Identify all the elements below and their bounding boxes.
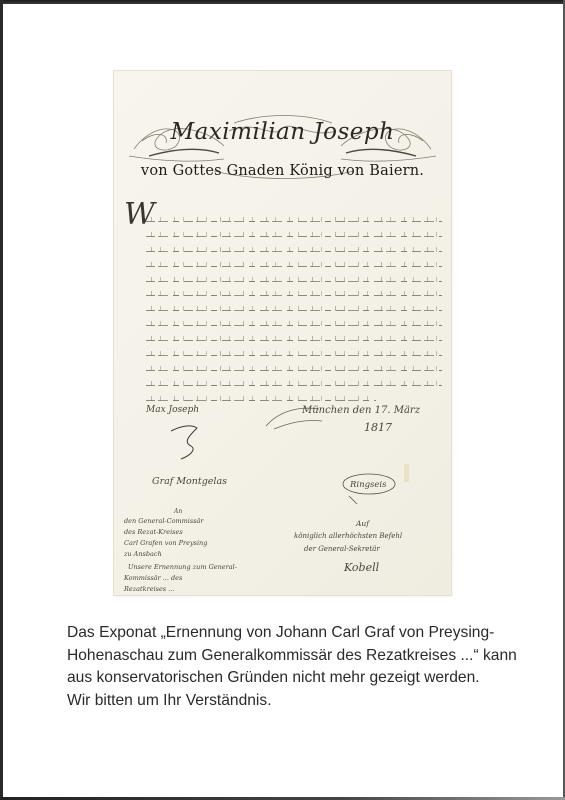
- paper-stain: [404, 464, 409, 482]
- caption-line: Das Exponat „Ernennung von Johann Carl G…: [67, 622, 527, 645]
- handwritten-line: [146, 385, 442, 386]
- address-line: Carl Grafen von Preysing: [124, 539, 207, 547]
- handwritten-line: [146, 251, 442, 252]
- scan-border-left: [0, 0, 3, 800]
- caption-line: Wir bitten um Ihr Verständnis.: [67, 690, 527, 713]
- handwritten-line: [146, 355, 442, 356]
- handwritten-line: [146, 221, 442, 222]
- handwritten-line: [146, 370, 442, 371]
- historical-document-scan: Maximilian Joseph von Gottes Gnaden Köni…: [114, 71, 451, 595]
- address-line: An: [174, 508, 182, 515]
- handwritten-line: [146, 310, 442, 311]
- handwritten-line: [146, 266, 442, 267]
- note-line: königlich allerhöchsten Befehl: [294, 532, 402, 540]
- address-line: zu Ansbach: [124, 550, 162, 558]
- handwritten-line: [146, 281, 442, 282]
- address-line: des Rezat-Kreises: [124, 528, 183, 536]
- caption-line: aus konservatorischen Gründen nicht mehr…: [67, 667, 527, 690]
- handwritten-line: [146, 236, 442, 237]
- note-line: der General-Sekretär: [304, 545, 380, 553]
- address-line: Kommissär ... des: [124, 574, 182, 582]
- royal-signature: Max Joseph: [146, 405, 199, 415]
- handwritten-line: [146, 325, 442, 326]
- address-line: Unsere Ernennung zum General-: [128, 563, 237, 571]
- handwritten-line: [146, 400, 376, 401]
- exhibit-notice-caption: Das Exponat „Ernennung von Johann Carl G…: [67, 622, 527, 712]
- place-date: München den 17. März: [302, 405, 420, 416]
- address-line: Rezatkreises ...: [124, 585, 174, 593]
- handwritten-line: [146, 340, 442, 341]
- handwritten-body: [146, 221, 442, 415]
- countersignature-left: Graf Montgelas: [152, 476, 227, 487]
- handwritten-line: [146, 295, 442, 296]
- countersignature-right: Ringseis: [350, 480, 387, 490]
- date-year: 1817: [364, 421, 392, 434]
- scan-border-top: [0, 0, 565, 4]
- document-title-name: Maximilian Joseph: [114, 119, 451, 145]
- document-title-subtitle: von Gottes Gnaden König von Baiern.: [114, 163, 451, 179]
- secretary-signature: Kobell: [344, 561, 379, 574]
- signature-flourish-icon: [169, 416, 209, 461]
- note-line: Auf: [356, 519, 369, 528]
- caption-line: Hohenaschau zum Generalkommissär des Rez…: [67, 645, 527, 668]
- address-line: den General-Commissär: [124, 517, 204, 525]
